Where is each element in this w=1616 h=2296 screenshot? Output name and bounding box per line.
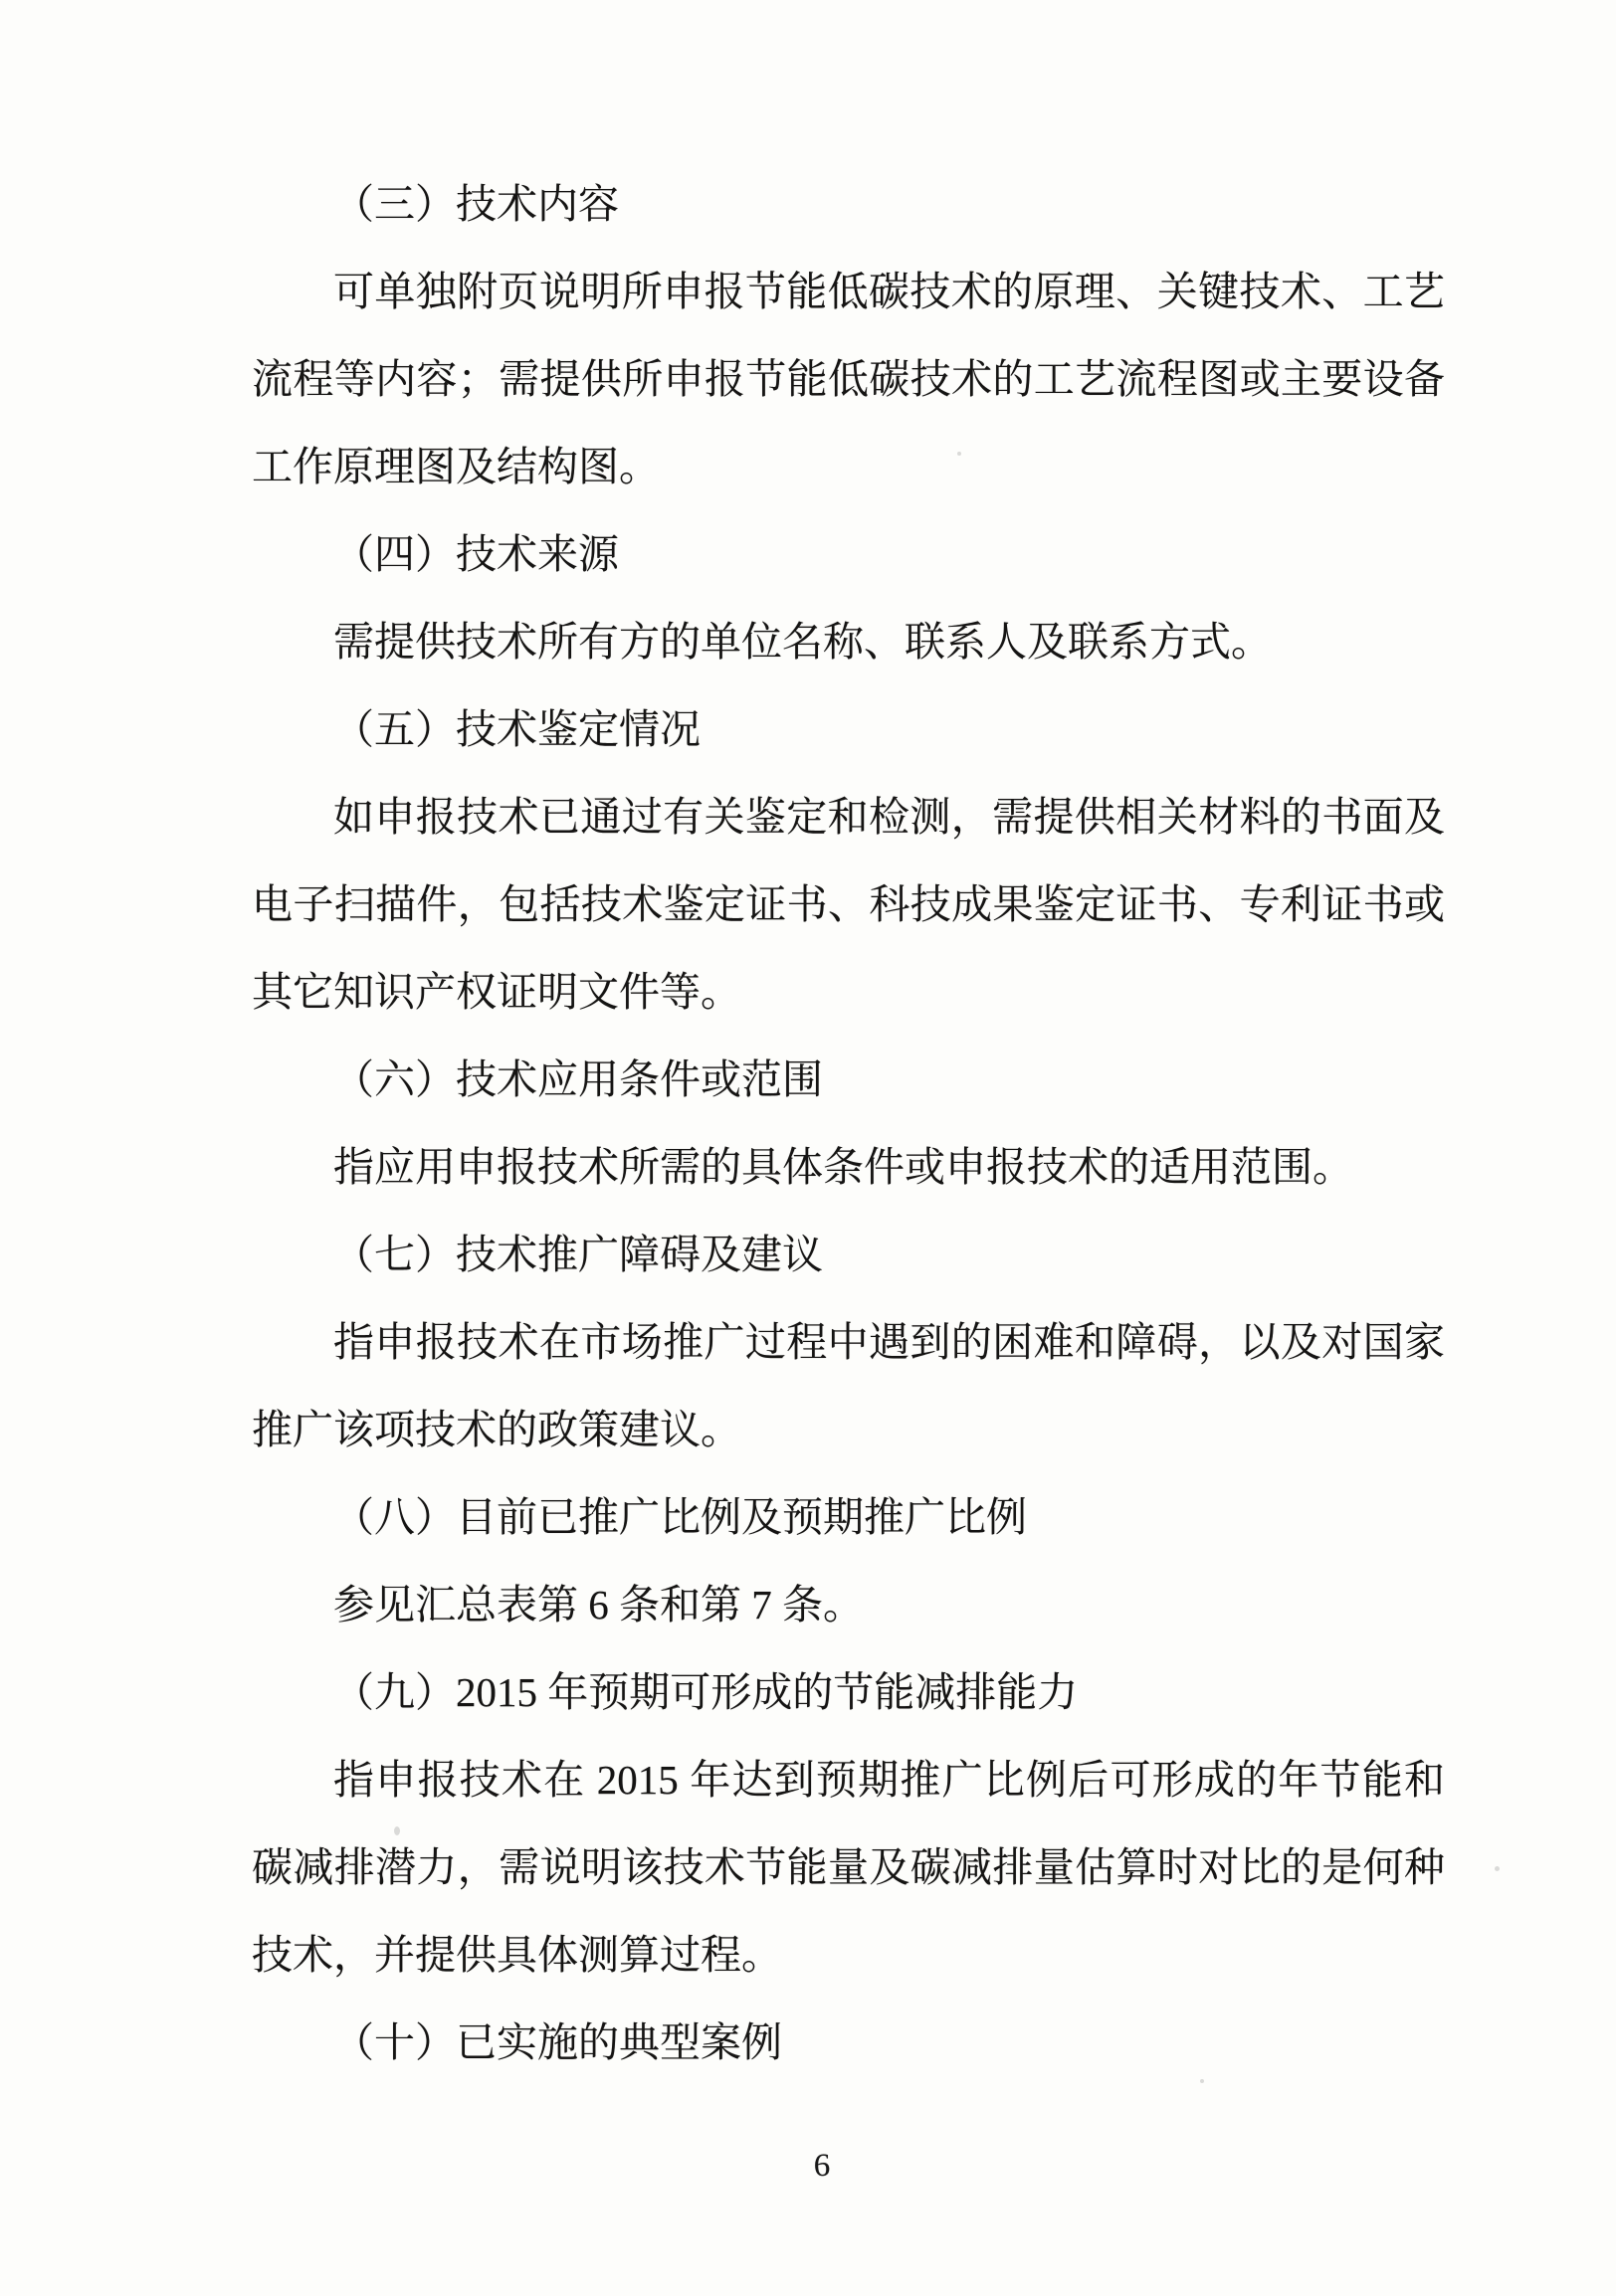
heading-section-10: （十）已实施的典型案例 bbox=[252, 1999, 1445, 2086]
heading-section-5: （五）技术鉴定情况 bbox=[252, 685, 1445, 773]
para-section-7-line-1: 指申报技术在市场推广过程中遇到的困难和障碍，以及对国家 bbox=[252, 1298, 1445, 1386]
document-body: （三）技术内容 可单独附页说明所申报节能低碳技术的原理、关键技术、工艺 流程等内… bbox=[252, 160, 1445, 2086]
para-section-7-line-2: 推广该项技术的政策建议。 bbox=[252, 1386, 1445, 1473]
heading-section-9: （九）2015 年预期可形成的节能减排能力 bbox=[252, 1648, 1445, 1736]
scan-artifact bbox=[394, 1826, 400, 1835]
scan-artifact bbox=[1495, 1866, 1500, 1871]
para-section-5-line-1: 如申报技术已通过有关鉴定和检测，需提供相关材料的书面及 bbox=[252, 773, 1445, 861]
para-section-5-line-2: 电子扫描件，包括技术鉴定证书、科技成果鉴定证书、专利证书或 bbox=[252, 861, 1445, 948]
para-section-3-line-1: 可单独附页说明所申报节能低碳技术的原理、关键技术、工艺 bbox=[252, 248, 1445, 335]
document-page: （三）技术内容 可单独附页说明所申报节能低碳技术的原理、关键技术、工艺 流程等内… bbox=[0, 0, 1616, 2296]
para-section-9-line-3: 技术，并提供具体测算过程。 bbox=[252, 1911, 1445, 1999]
scan-artifact bbox=[957, 452, 961, 456]
para-section-4-line-1: 需提供技术所有方的单位名称、联系人及联系方式。 bbox=[252, 598, 1445, 685]
para-section-9-line-1: 指申报技术在 2015 年达到预期推广比例后可形成的年节能和 bbox=[252, 1736, 1445, 1823]
heading-section-3: （三）技术内容 bbox=[252, 160, 1445, 248]
para-section-9-line-2: 碳减排潜力，需说明该技术节能量及碳减排量估算时对比的是何种 bbox=[252, 1823, 1445, 1911]
heading-section-7: （七）技术推广障碍及建议 bbox=[252, 1211, 1445, 1298]
page-number: 6 bbox=[0, 2135, 1616, 2197]
para-section-3-line-3: 工作原理图及结构图。 bbox=[252, 423, 1445, 510]
scan-artifact bbox=[1200, 2079, 1204, 2083]
heading-section-6: （六）技术应用条件或范围 bbox=[252, 1036, 1445, 1123]
heading-section-8: （八）目前已推广比例及预期推广比例 bbox=[252, 1473, 1445, 1561]
para-section-6-line-1: 指应用申报技术所需的具体条件或申报技术的适用范围。 bbox=[252, 1123, 1445, 1211]
para-section-5-line-3: 其它知识产权证明文件等。 bbox=[252, 948, 1445, 1036]
heading-section-4: （四）技术来源 bbox=[252, 510, 1445, 598]
para-section-8-line-1: 参见汇总表第 6 条和第 7 条。 bbox=[252, 1561, 1445, 1648]
para-section-3-line-2: 流程等内容；需提供所申报节能低碳技术的工艺流程图或主要设备 bbox=[252, 335, 1445, 423]
